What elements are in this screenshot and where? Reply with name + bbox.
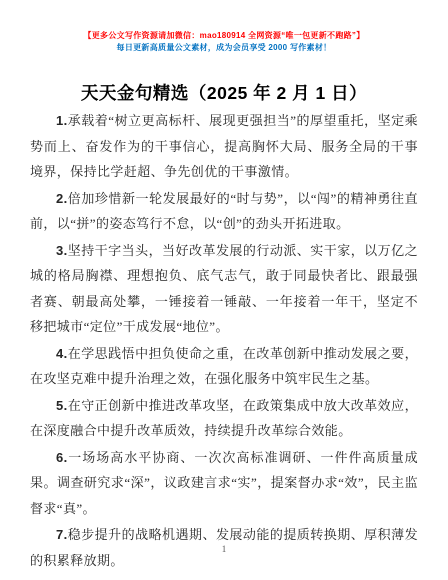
page-number: 1 — [0, 544, 448, 554]
document-title: 天天金句精选（2025 年 2 月 1 日） — [0, 80, 448, 105]
header-ad-line1: 【更多公文写作资源请加微信：mao180914 全网资源“唯一包更新不跑路”】 — [0, 30, 448, 42]
paragraph-5-number: 5. — [56, 398, 68, 413]
header-ad-line2: 每日更新高质量公文素材，成为会员享受 2000 写作素材！ — [0, 42, 448, 54]
paragraph-3: 3.坚持干字当头，当好改革发展的行动派、实干家，以万亿之城的格局胸襟、理想抱负、… — [30, 238, 418, 340]
paragraph-2-number: 2. — [56, 191, 68, 206]
paragraph-1-number: 1. — [56, 113, 68, 128]
header-ad-block: 【更多公文写作资源请加微信：mao180914 全网资源“唯一包更新不跑路”】 … — [0, 30, 448, 54]
paragraph-6-number: 6. — [56, 450, 68, 465]
paragraph-4-text: 在学思践悟中担负使命之重，在改革创新中推动发展之要，在攻坚克难中提升治理之效，在… — [30, 346, 418, 387]
paragraph-4: 4.在学思践悟中担负使命之重，在改革创新中推动发展之要，在攻坚克难中提升治理之效… — [30, 341, 418, 392]
paragraph-2: 2.倍加珍惜新一轮发展最好的“时与势”，以“闯”的精神勇往直前，以“拼”的姿态笃… — [30, 186, 418, 237]
paragraph-3-number: 3. — [56, 243, 68, 258]
paragraph-5-text: 在守正创新中推进改革攻坚，在政策集成中放大改革效应，在深度融合中提升改革质效，持… — [30, 398, 418, 439]
paragraph-1: 1.承载着“树立更高标杆、展现更强担当”的厚望重托，坚定乘势而上、奋发作为的干事… — [30, 108, 418, 185]
document-page: 【更多公文写作资源请加微信：mao180914 全网资源“唯一包更新不跑路”】 … — [0, 0, 448, 580]
paragraph-6-text: 一场场高水平协商、一次次高标准调研、一件件高质量成果。调查研究求“深”，议政建言… — [30, 450, 418, 516]
paragraph-2-text: 倍加珍惜新一轮发展最好的“时与势”，以“闯”的精神勇往直前，以“拼”的姿态笃行不… — [30, 191, 418, 232]
paragraph-4-number: 4. — [56, 346, 68, 361]
paragraph-7-number: 7. — [56, 527, 68, 542]
paragraph-6: 6.一场场高水平协商、一次次高标准调研、一件件高质量成果。调查研究求“深”，议政… — [30, 445, 418, 522]
paragraph-3-text: 坚持干字当头，当好改革发展的行动派、实干家，以万亿之城的格局胸襟、理想抱负、底气… — [30, 243, 418, 335]
document-body: 1.承载着“树立更高标杆、展现更强担当”的厚望重托，坚定乘势而上、奋发作为的干事… — [30, 108, 418, 574]
paragraph-5: 5.在守正创新中推进改革攻坚，在政策集成中放大改革效应，在深度融合中提升改革质效… — [30, 393, 418, 444]
paragraph-1-text: 承载着“树立更高标杆、展现更强担当”的厚望重托，坚定乘势而上、奋发作为的干事信心… — [30, 113, 418, 179]
